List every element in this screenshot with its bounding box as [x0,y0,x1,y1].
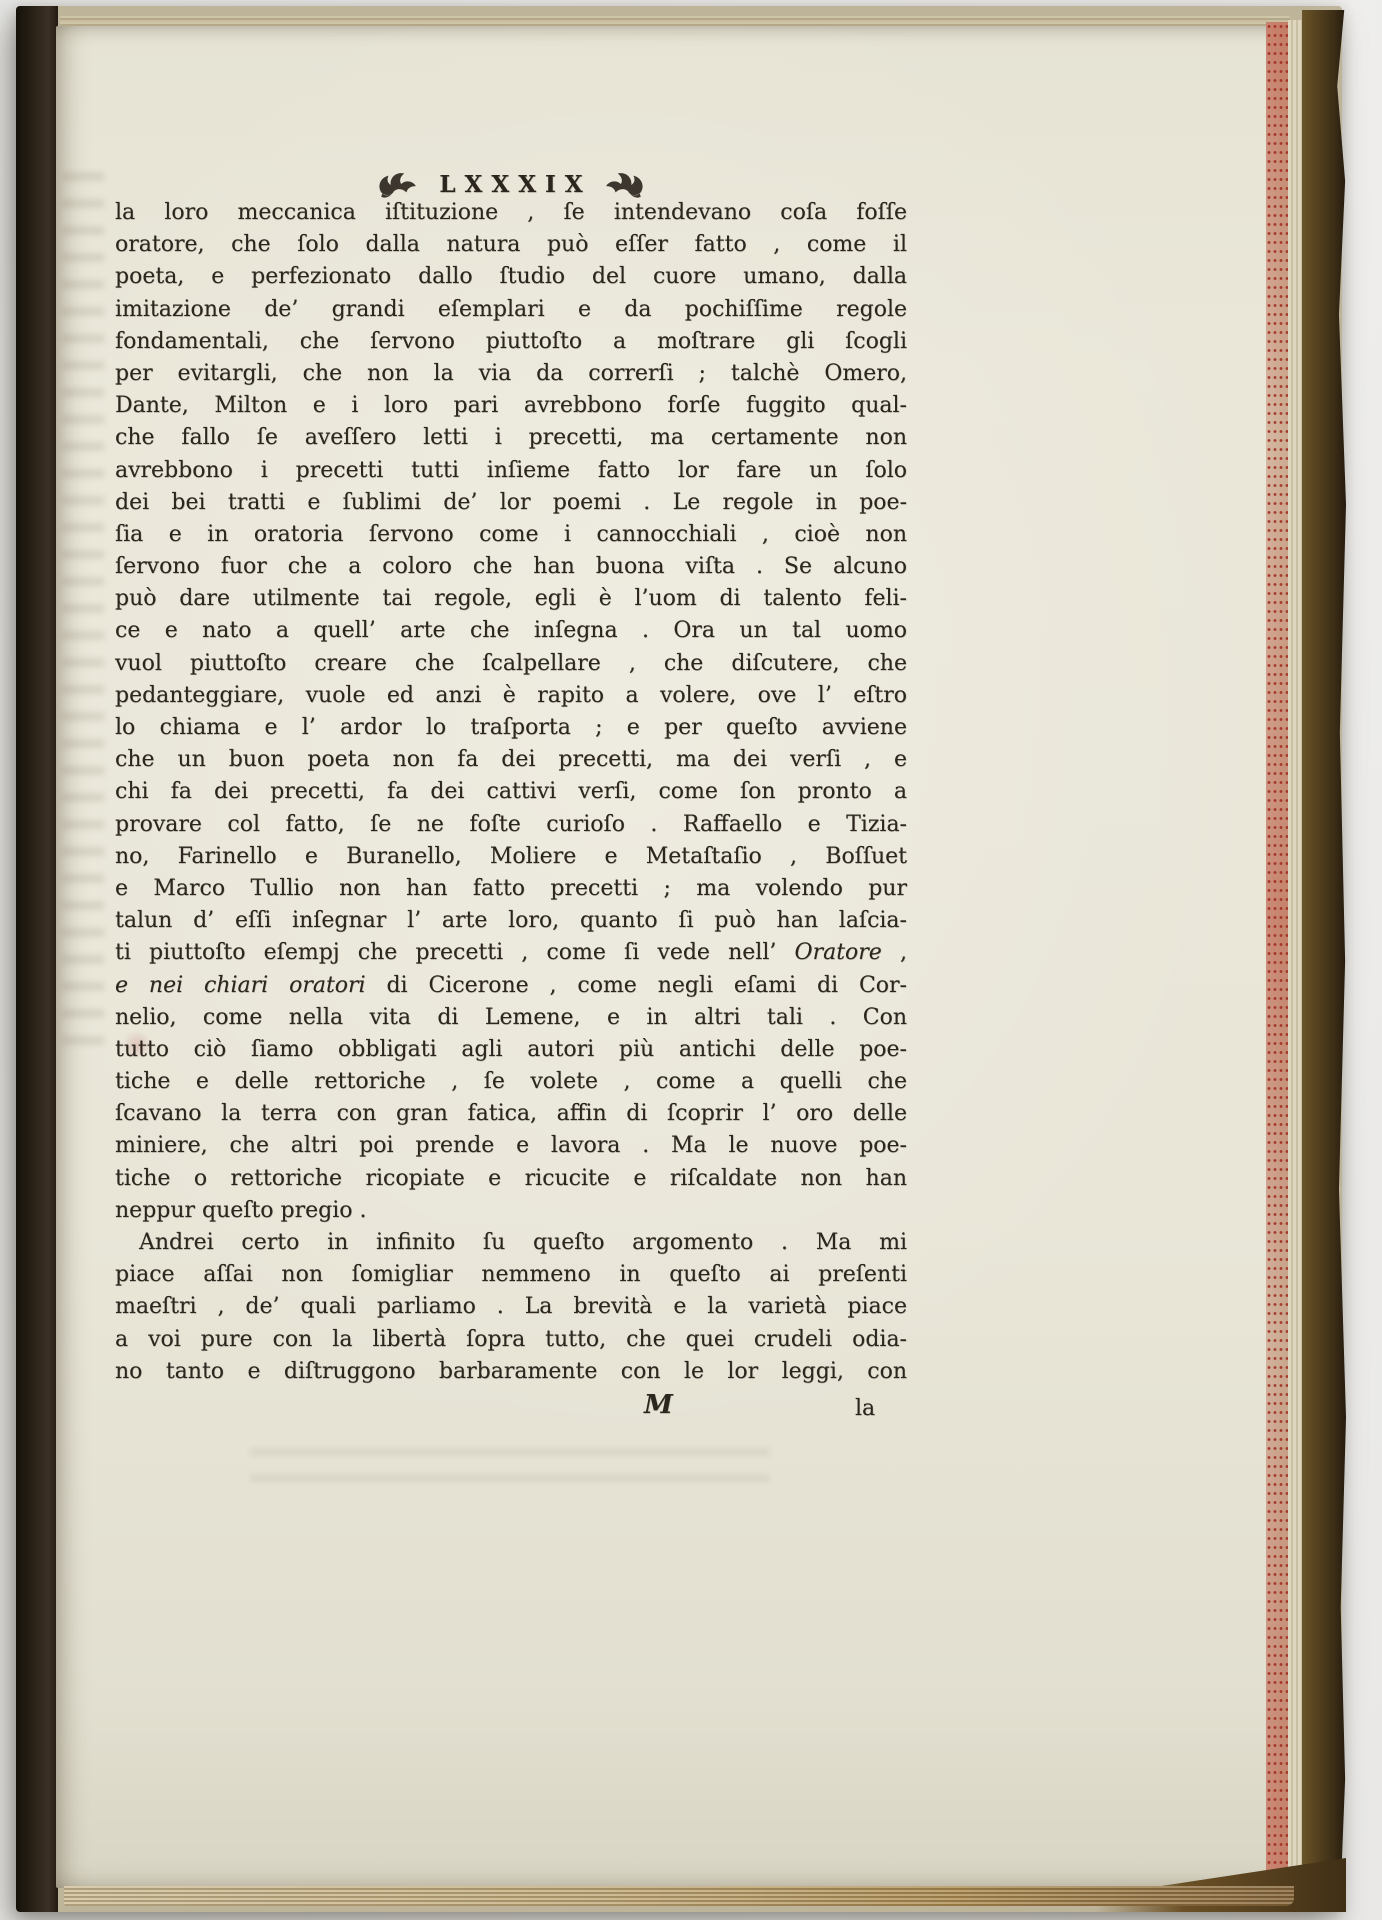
text-line: miniere, che altri poi prende e lavora .… [115,1130,907,1162]
text-segment: vuol piuttoſto creare che ſcalpellare , … [115,651,907,676]
text-segment: , [882,940,907,965]
text-segment: poeta, e perfezionato dallo ſtudio del c… [115,264,907,289]
text-line: e Marco Tullio non han fatto precetti ; … [115,873,907,905]
catchword: la [855,1396,875,1421]
text-line: ce e nato a quell’ arte che inſegna . Or… [115,615,907,647]
text-segment: miniere, che altri poi prende e lavora .… [115,1133,907,1158]
text-line: maeſtri , de’ quali parliamo . La brevit… [115,1291,907,1323]
tail-page-edges [64,1886,1294,1906]
text-segment: ti piuttoſto eſempj che precetti , come … [115,940,795,965]
text-line: che fallo ſe aveſſero letti i precetti, … [115,422,907,454]
text-line: nelio, come nella vita di Lemene, e in a… [115,1002,907,1034]
text-line: no, Farinello e Buranello, Moliere e Met… [115,841,907,873]
text-segment: maeſtri , de’ quali parliamo . La brevit… [115,1294,907,1319]
text-segment: tiche e delle rettoriche , ſe volete , c… [115,1069,907,1094]
text-segment: oratore, che ſolo dalla natura può eſſer… [115,232,907,257]
text-line: tiche e delle rettoriche , ſe volete , c… [115,1066,907,1098]
text-line: talun d’ eſſi inſegnar l’ arte loro, qua… [115,905,907,937]
text-line: ſervono fuor che a coloro che han buona … [115,551,907,583]
text-segment: ſcavano la terra con gran fatica, affin … [115,1101,907,1126]
text-segment: piace aſſai non ſomigliar nemmeno in que… [115,1262,907,1287]
text-segment: ce e nato a quell’ arte che inſegna . Or… [115,618,907,643]
aldine-fleuron-icon [604,168,646,200]
text-segment: provare col fatto, ſe ne foſte curioſo .… [115,812,907,837]
show-through-text [62,172,104,1052]
text-line: ſcavano la terra con gran fatica, affin … [115,1098,907,1130]
text-segment: tutto ciò ſiamo obbligati agli autori pi… [115,1037,907,1062]
text-segment: chi fa dei precetti, fa dei cattivi verſ… [115,779,907,804]
text-line: che un buon poeta non fa dei precetti, m… [115,744,907,776]
text-line: la loro meccanica iſtituzione , ſe inten… [115,197,907,229]
fore-edge-speckled [1266,22,1288,1896]
text-segment: a voi pure con la libertà ſopra tutto, c… [115,1327,907,1352]
text-line: neppur queſto pregio . [115,1195,907,1227]
text-line: ti piuttoſto eſempj che precetti , come … [115,937,907,969]
book-photo: LXXXIX la loro meccanica iſtituzione , ſ… [0,0,1382,1920]
text-segment: nelio, come nella vita di Lemene, e in a… [115,1005,907,1030]
page-number: LXXXIX [430,171,591,198]
text-segment: ſervono fuor che a coloro che han buona … [115,554,907,579]
text-line: a voi pure con la libertà ſopra tutto, c… [115,1324,907,1356]
text-line: Dante, Milton e i loro pari avrebbono fo… [115,390,907,422]
text-segment: tiche o rettoriche ricopiate e ricucite … [115,1166,907,1191]
text-segment: no, Farinello e Buranello, Moliere e Met… [115,844,907,869]
signature-mark: M [644,1390,1382,1420]
text-segment: Andrei certo in infinito ſu queſto argom… [139,1230,907,1255]
aldine-fleuron-icon [376,168,418,200]
text-line: chi fa dei precetti, fa dei cattivi verſ… [115,776,907,808]
text-line: piace aſſai non ſomigliar nemmeno in que… [115,1259,907,1291]
text-segment: pedanteggiare, vuole ed anzi è rapito a … [115,683,907,708]
text-segment: lo chiama e l’ ardor lo traſporta ; e pe… [115,715,907,740]
text-line: imitazione de’ grandi eſemplari e da poc… [115,294,907,326]
text-segment: no tanto e diſtruggono barbaramente con … [115,1359,907,1384]
show-through-text [250,1448,770,1494]
text-segment: che fallo ſe aveſſero letti i precetti, … [115,425,907,450]
text-segment: avrebbono i precetti tutti inſieme fatto… [115,458,907,483]
text-segment: per evitargli, che non la via da correrſ… [115,361,907,386]
text-line: pedanteggiare, vuole ed anzi è rapito a … [115,680,907,712]
text-segment: Dante, Milton e i loro pari avrebbono fo… [115,393,907,418]
body-text: la loro meccanica iſtituzione , ſe inten… [115,197,907,1388]
text-line: tiche o rettoriche ricopiate e ricucite … [115,1163,907,1195]
text-segment: talun d’ eſſi inſegnar l’ arte loro, qua… [115,908,907,933]
text-segment: imitazione de’ grandi eſemplari e da poc… [115,297,907,322]
text-line: no tanto e diſtruggono barbaramente con … [115,1356,907,1388]
text-line: oratore, che ſolo dalla natura può eſſer… [115,229,907,261]
spine-cover [16,6,58,1912]
text-line: dei bei tratti e ſublimi de’ lor poemi .… [115,487,907,519]
text-segment: e nei chiari oratori [115,973,366,998]
text-segment: può dare utilmente tai regole, egli è l’… [115,586,907,611]
text-segment: e Marco Tullio non han fatto precetti ; … [115,876,907,901]
text-line: tutto ciò ſiamo obbligati agli autori pi… [115,1034,907,1066]
text-line: vuol piuttoſto creare che ſcalpellare , … [115,648,907,680]
text-line: poeta, e perfezionato dallo ſtudio del c… [115,261,907,293]
text-segment: la loro meccanica iſtituzione , ſe inten… [115,200,907,225]
text-line: Andrei certo in infinito ſu queſto argom… [115,1227,907,1259]
text-segment: neppur queſto pregio . [115,1198,367,1223]
text-segment: Oratore [795,940,882,965]
text-segment: dei bei tratti e ſublimi de’ lor poemi .… [115,490,907,515]
text-segment: che un buon poeta non fa dei precetti, m… [115,747,907,772]
text-line: per evitargli, che non la via da correrſ… [115,358,907,390]
text-segment: fondamentali, che ſervono piuttoſto a mo… [115,329,907,354]
text-line: fondamentali, che ſervono piuttoſto a mo… [115,326,907,358]
text-line: può dare utilmente tai regole, egli è l’… [115,583,907,615]
page-edge-sliver [1288,20,1302,1900]
text-line: e nei chiari oratori di Cicerone , come … [115,970,907,1002]
text-segment: di Cicerone , come negli eſami di Cor- [366,973,907,998]
text-line: lo chiama e l’ ardor lo traſporta ; e pe… [115,712,907,744]
text-segment: ſia e in oratoria ſervono come i cannocc… [115,522,907,547]
text-line: avrebbono i precetti tutti inſieme fatto… [115,455,907,487]
text-line: provare col fatto, ſe ne foſte curioſo .… [115,809,907,841]
text-line: ſia e in oratoria ſervono come i cannocc… [115,519,907,551]
board-edge-right [1302,10,1346,1912]
